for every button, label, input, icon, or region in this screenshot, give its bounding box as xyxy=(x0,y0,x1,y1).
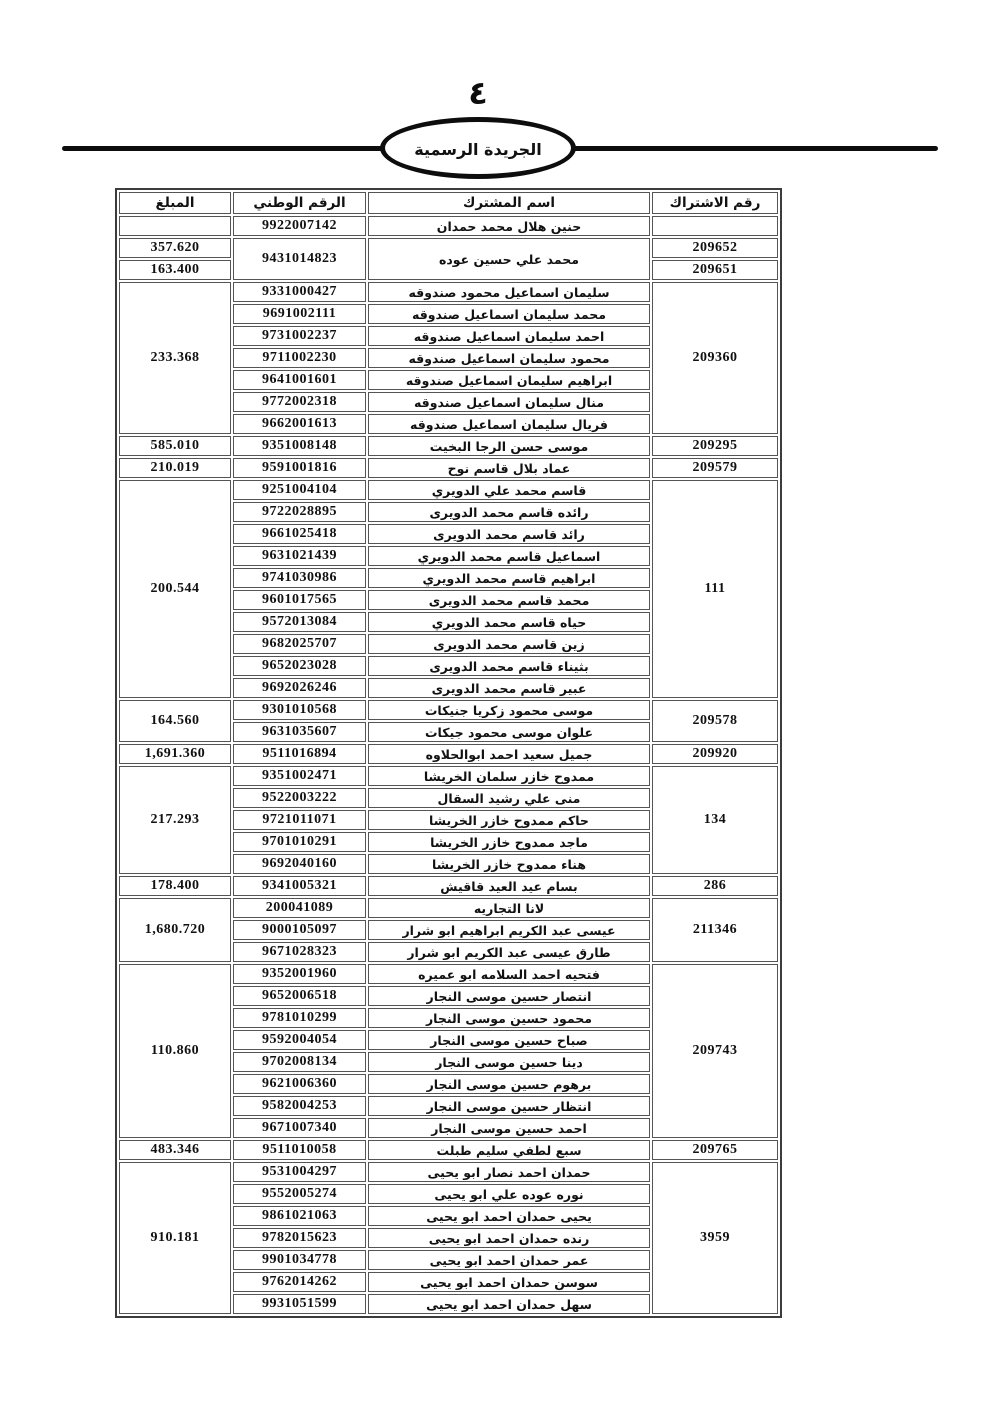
table-row: 209743فتحيه احمد السلامه ابو عميره935200… xyxy=(119,964,778,984)
name-cell: اسماعيل قاسم محمد الدويري xyxy=(368,546,650,566)
amount-cell: 200.544 xyxy=(119,480,231,698)
amount-cell: 357.620 xyxy=(119,238,231,258)
national-cell: 9552005274 xyxy=(233,1184,366,1204)
name-cell: بثيناء قاسم محمد الدويرى xyxy=(368,656,650,676)
name-cell: دينا حسين موسى النجار xyxy=(368,1052,650,1072)
subscription-cell: 209652 xyxy=(652,238,778,258)
national-cell: 9692040160 xyxy=(233,854,366,874)
national-cell: 9721011071 xyxy=(233,810,366,830)
national-cell: 9722028895 xyxy=(233,502,366,522)
name-cell: قاسم محمد علي الدويري xyxy=(368,480,650,500)
national-cell: 9592004054 xyxy=(233,1030,366,1050)
name-cell: فتحيه احمد السلامه ابو عميره xyxy=(368,964,650,984)
name-cell: حمدان احمد نصار ابو يحيى xyxy=(368,1162,650,1182)
page-number: ٤ xyxy=(0,74,956,112)
name-cell: جميل سعيد احمد ابوالحلاوه xyxy=(368,744,650,764)
national-cell: 9351008148 xyxy=(233,436,366,456)
national-cell: 9251004104 xyxy=(233,480,366,500)
name-cell: ابراهيم قاسم محمد الدويري xyxy=(368,568,650,588)
name-cell: طارق عيسى عبد الكريم ابو شرار xyxy=(368,942,650,962)
subscription-cell: 209920 xyxy=(652,744,778,764)
name-cell: علوان موسى محمود جيكات xyxy=(368,722,650,742)
national-cell: 9531004297 xyxy=(233,1162,366,1182)
name-cell: ممدوح خازر سلمان الخريشا xyxy=(368,766,650,786)
national-cell: 9511016894 xyxy=(233,744,366,764)
national-cell: 9731002237 xyxy=(233,326,366,346)
name-cell: لانا التجاريه xyxy=(368,898,650,918)
subscription-cell: 209579 xyxy=(652,458,778,478)
name-cell: محمود حسين موسى النجار xyxy=(368,1008,650,1028)
name-cell: يحيى حمدان احمد ابو يحيى xyxy=(368,1206,650,1226)
name-cell: عماد بلال قاسم نوح xyxy=(368,458,650,478)
table-row: 209360سليمان اسماعيل محمود صندوقه9331000… xyxy=(119,282,778,302)
gazette-title-ellipse: الجريدة الرسمية xyxy=(380,117,576,179)
name-cell: محمد علي حسين عوده xyxy=(368,238,650,280)
national-cell: 9631035607 xyxy=(233,722,366,742)
national-cell: 9351002471 xyxy=(233,766,366,786)
name-cell: محمد سليمان اسماعيل صندوقه xyxy=(368,304,650,324)
national-cell: 9431014823 xyxy=(233,238,366,280)
name-cell: موسى محمود زكريا جنيكات xyxy=(368,700,650,720)
national-cell: 9301010568 xyxy=(233,700,366,720)
subscribers-table-wrap: رقم الاشتراك اسم المشترك الرقم الوطني ال… xyxy=(115,188,782,1318)
name-cell: ماجد ممدوح خازر الخريشا xyxy=(368,832,650,852)
national-cell: 9691002111 xyxy=(233,304,366,324)
name-cell: سليمان اسماعيل محمود صندوقه xyxy=(368,282,650,302)
subscription-cell: 209651 xyxy=(652,260,778,280)
subscribers-table: رقم الاشتراك اسم المشترك الرقم الوطني ال… xyxy=(115,188,782,1318)
national-cell: 9000105097 xyxy=(233,920,366,940)
national-cell: 9652023028 xyxy=(233,656,366,676)
name-cell: احمد حسين موسى النجار xyxy=(368,1118,650,1138)
amount-cell: 1,691.360 xyxy=(119,744,231,764)
amount-cell: 483.346 xyxy=(119,1140,231,1160)
subscription-cell: 209360 xyxy=(652,282,778,434)
table-row: 111قاسم محمد علي الدويري9251004104200.54… xyxy=(119,480,778,500)
name-cell: احمد سليمان اسماعيل صندوقه xyxy=(368,326,650,346)
gazette-title: الجريدة الرسمية xyxy=(414,137,541,159)
amount-cell: 217.293 xyxy=(119,766,231,874)
column-header-national-number: الرقم الوطني xyxy=(233,192,366,214)
name-cell: انتصار حسين موسى النجار xyxy=(368,986,650,1006)
name-cell: محمد قاسم محمد الدويرى xyxy=(368,590,650,610)
table-row: 134ممدوح خازر سلمان الخريشا9351002471217… xyxy=(119,766,778,786)
name-cell: برهوم حسين موسى النجار xyxy=(368,1074,650,1094)
subscription-cell: 3959 xyxy=(652,1162,778,1314)
name-cell: حياه قاسم محمد الدويري xyxy=(368,612,650,632)
subscribers-tbody: حنين هلال محمد حمدان9922007142209652محمد… xyxy=(119,216,778,1314)
amount-cell: 233.368 xyxy=(119,282,231,434)
national-cell: 9762014262 xyxy=(233,1272,366,1292)
name-cell: حاكم ممدوح خازر الخريشا xyxy=(368,810,650,830)
national-cell: 9922007142 xyxy=(233,216,366,236)
table-row: 209579عماد بلال قاسم نوح9591001816210.01… xyxy=(119,458,778,478)
amount-cell: 164.560 xyxy=(119,700,231,742)
national-cell: 9701010291 xyxy=(233,832,366,852)
national-cell: 9511010058 xyxy=(233,1140,366,1160)
national-cell: 9711002230 xyxy=(233,348,366,368)
name-cell: هناء ممدوح خازر الخريشا xyxy=(368,854,650,874)
name-cell: عمر حمدان احمد ابو يحيى xyxy=(368,1250,650,1270)
name-cell: فريال سليمان اسماعيل صندوقه xyxy=(368,414,650,434)
subscription-cell: 209578 xyxy=(652,700,778,742)
national-cell: 9631021439 xyxy=(233,546,366,566)
name-cell: منى علي رشيد السقال xyxy=(368,788,650,808)
name-cell: عيسى عبد الكريم ابراهيم ابو شرار xyxy=(368,920,650,940)
national-cell: 9341005321 xyxy=(233,876,366,896)
national-cell: 9331000427 xyxy=(233,282,366,302)
national-cell: 9601017565 xyxy=(233,590,366,610)
subscription-cell: 209295 xyxy=(652,436,778,456)
national-cell: 9772002318 xyxy=(233,392,366,412)
subscription-cell: 211346 xyxy=(652,898,778,962)
subscription-cell: 111 xyxy=(652,480,778,698)
name-cell: عبير قاسم محمد الدويرى xyxy=(368,678,650,698)
column-header-subscription-number: رقم الاشتراك xyxy=(652,192,778,214)
table-row: 209295موسى حسن الرجا البخيت9351008148585… xyxy=(119,436,778,456)
national-cell: 9741030986 xyxy=(233,568,366,588)
table-row: 209920جميل سعيد احمد ابوالحلاوه951101689… xyxy=(119,744,778,764)
amount-cell: 1,680.720 xyxy=(119,898,231,962)
name-cell: منال سليمان اسماعيل صندوقه xyxy=(368,392,650,412)
subscription-cell: 209765 xyxy=(652,1140,778,1160)
subscription-cell: 209743 xyxy=(652,964,778,1138)
name-cell: موسى حسن الرجا البخيت xyxy=(368,436,650,456)
name-cell: حنين هلال محمد حمدان xyxy=(368,216,650,236)
table-row: 286بسام عيد العيد قاقيش9341005321178.400 xyxy=(119,876,778,896)
name-cell: بسام عيد العيد قاقيش xyxy=(368,876,650,896)
name-cell: ابراهيم سليمان اسماعيل صندوقه xyxy=(368,370,650,390)
amount-cell: 585.010 xyxy=(119,436,231,456)
name-cell: نوره عوده علي ابو يحيى xyxy=(368,1184,650,1204)
national-cell: 9931051599 xyxy=(233,1294,366,1314)
subscription-cell: 134 xyxy=(652,766,778,874)
name-cell: زين قاسم محمد الدويرى xyxy=(368,634,650,654)
national-cell: 200041089 xyxy=(233,898,366,918)
national-cell: 9901034778 xyxy=(233,1250,366,1270)
table-row: 211346لانا التجاريه2000410891,680.720 xyxy=(119,898,778,918)
table-row: 209578موسى محمود زكريا جنيكات93010105681… xyxy=(119,700,778,720)
amount-cell: 910.181 xyxy=(119,1162,231,1314)
table-row: 209765سبع لطفي سليم طبلت9511010058483.34… xyxy=(119,1140,778,1160)
national-cell: 9782015623 xyxy=(233,1228,366,1248)
national-cell: 9682025707 xyxy=(233,634,366,654)
subscription-cell xyxy=(652,216,778,236)
national-cell: 9671007340 xyxy=(233,1118,366,1138)
national-cell: 9692026246 xyxy=(233,678,366,698)
national-cell: 9641001601 xyxy=(233,370,366,390)
national-cell: 9591001816 xyxy=(233,458,366,478)
national-cell: 9662001613 xyxy=(233,414,366,434)
column-header-subscriber-name: اسم المشترك xyxy=(368,192,650,214)
amount-cell: 163.400 xyxy=(119,260,231,280)
national-cell: 9781010299 xyxy=(233,1008,366,1028)
name-cell: سهل حمدان احمد ابو يحيى xyxy=(368,1294,650,1314)
amount-cell: 178.400 xyxy=(119,876,231,896)
national-cell: 9661025418 xyxy=(233,524,366,544)
national-cell: 9522003222 xyxy=(233,788,366,808)
name-cell: انتظار حسين موسى النجار xyxy=(368,1096,650,1116)
table-row: حنين هلال محمد حمدان9922007142 xyxy=(119,216,778,236)
amount-cell xyxy=(119,216,231,236)
name-cell: رائد قاسم محمد الدويرى xyxy=(368,524,650,544)
column-header-amount: المبلغ xyxy=(119,192,231,214)
national-cell: 9671028323 xyxy=(233,942,366,962)
amount-cell: 210.019 xyxy=(119,458,231,478)
national-cell: 9572013084 xyxy=(233,612,366,632)
name-cell: رنده حمدان احمد ابو يحيى xyxy=(368,1228,650,1248)
national-cell: 9652006518 xyxy=(233,986,366,1006)
name-cell: رائده قاسم محمد الدويرى xyxy=(368,502,650,522)
name-cell: سبع لطفي سليم طبلت xyxy=(368,1140,650,1160)
national-cell: 9352001960 xyxy=(233,964,366,984)
national-cell: 9621006360 xyxy=(233,1074,366,1094)
name-cell: صباح حسين موسى النجار xyxy=(368,1030,650,1050)
name-cell: محمود سليمان اسماعيل صندوقه xyxy=(368,348,650,368)
gazette-page: ٤ الجريدة الرسمية رقم الاشتراك اسم المشت… xyxy=(0,0,1000,1414)
table-header-row: رقم الاشتراك اسم المشترك الرقم الوطني ال… xyxy=(119,192,778,214)
national-cell: 9861021063 xyxy=(233,1206,366,1226)
amount-cell: 110.860 xyxy=(119,964,231,1138)
national-cell: 9702008134 xyxy=(233,1052,366,1072)
national-cell: 9582004253 xyxy=(233,1096,366,1116)
name-cell: سوسن حمدان احمد ابو يحيى xyxy=(368,1272,650,1292)
table-row: 209652محمد علي حسين عوده9431014823357.62… xyxy=(119,238,778,258)
table-row: 3959حمدان احمد نصار ابو يحيى953100429791… xyxy=(119,1162,778,1182)
subscription-cell: 286 xyxy=(652,876,778,896)
